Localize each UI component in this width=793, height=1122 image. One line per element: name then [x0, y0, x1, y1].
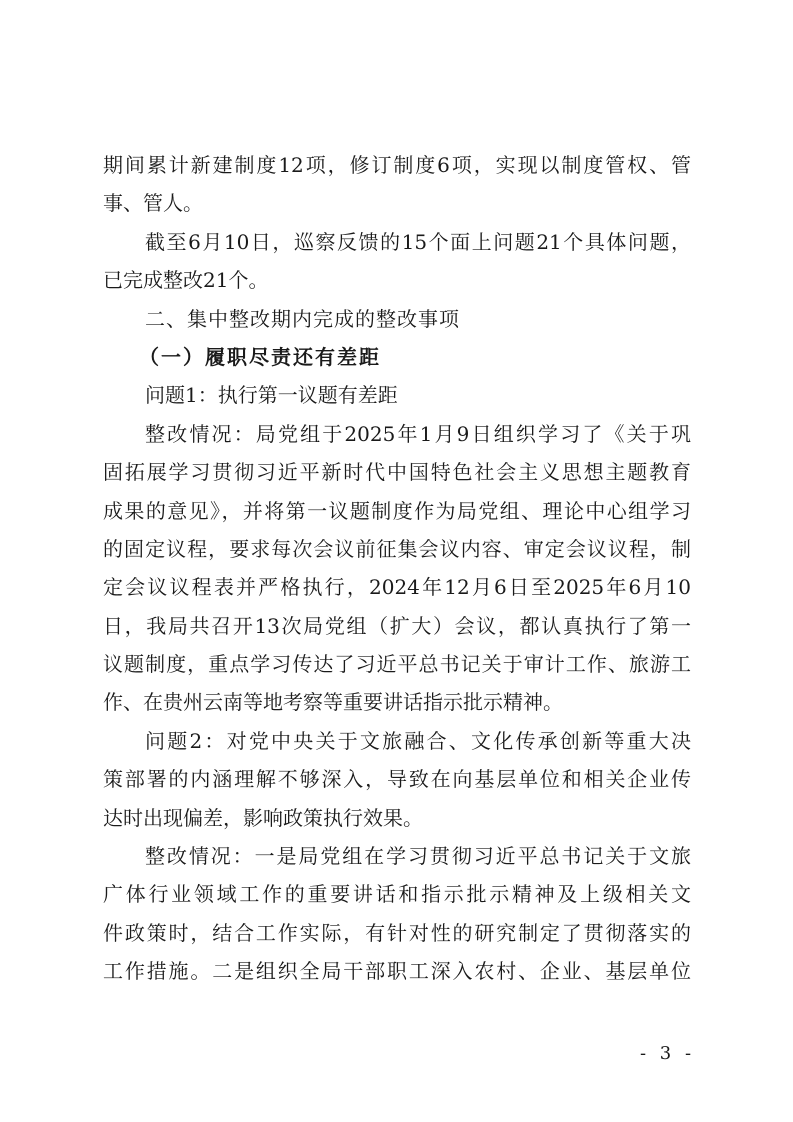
page-number: - 3 - [640, 1043, 695, 1064]
body-line: 定会议议程表并严格执行，2024年12月6日至2025年6月10 [103, 568, 691, 606]
body-line: 策部署的内涵理解不够深入，导致在向基层单位和相关企业传 [103, 760, 691, 798]
document-body: 期间累计新建制度12项，修订制度6项，实现以制度管权、管 事、管人。 截至6月1… [103, 146, 691, 991]
body-line: 成果的意见》，并将第一议题制度作为局党组、理论中心组学习 [103, 492, 691, 530]
section-heading: 二、集中整改期内完成的整改事项 [103, 300, 691, 338]
body-line: 期间累计新建制度12项，修订制度6项，实现以制度管权、管 [103, 146, 691, 184]
body-line: 的固定议程，要求每次会议前征集会议内容、审定会议议程，制 [103, 530, 691, 568]
body-line: 整改情况：一是局党组在学习贯彻习近平总书记关于文旅 [103, 837, 691, 875]
body-line: 事、管人。 [103, 184, 691, 222]
subsection-heading: （一）履职尽责还有差距 [103, 338, 691, 376]
body-line: 广体行业领域工作的重要讲话和指示批示精神及上级相关文 [103, 875, 691, 913]
body-line: 日，我局共召开13次局党组（扩大）会议，都认真执行了第一 [103, 607, 691, 645]
problem-title: 问题1：执行第一议题有差距 [103, 376, 691, 414]
body-line: 达时出现偏差，影响政策执行效果。 [103, 799, 691, 837]
body-line: 截至6月10日，巡察反馈的15个面上问题21个具体问题， [103, 223, 691, 261]
body-line: 议题制度，重点学习传达了习近平总书记关于审计工作、旅游工 [103, 645, 691, 683]
document-page: 期间累计新建制度12项，修订制度6项，实现以制度管权、管 事、管人。 截至6月1… [0, 0, 793, 1122]
body-line: 整改情况：局党组于2025年1月9日组织学习了《关于巩 [103, 415, 691, 453]
body-line: 固拓展学习贯彻习近平新时代中国特色社会主义思想主题教育 [103, 453, 691, 491]
body-line: 作、在贵州云南等地考察等重要讲话指示批示精神。 [103, 683, 691, 721]
body-line: 工作措施。二是组织全局干部职工深入农村、企业、基层单位 [103, 952, 691, 990]
body-line: 问题2：对党中央关于文旅融合、文化传承创新等重大决 [103, 722, 691, 760]
body-line: 件政策时，结合工作实际，有针对性的研究制定了贯彻落实的 [103, 914, 691, 952]
body-line: 已完成整改21个。 [103, 261, 691, 299]
